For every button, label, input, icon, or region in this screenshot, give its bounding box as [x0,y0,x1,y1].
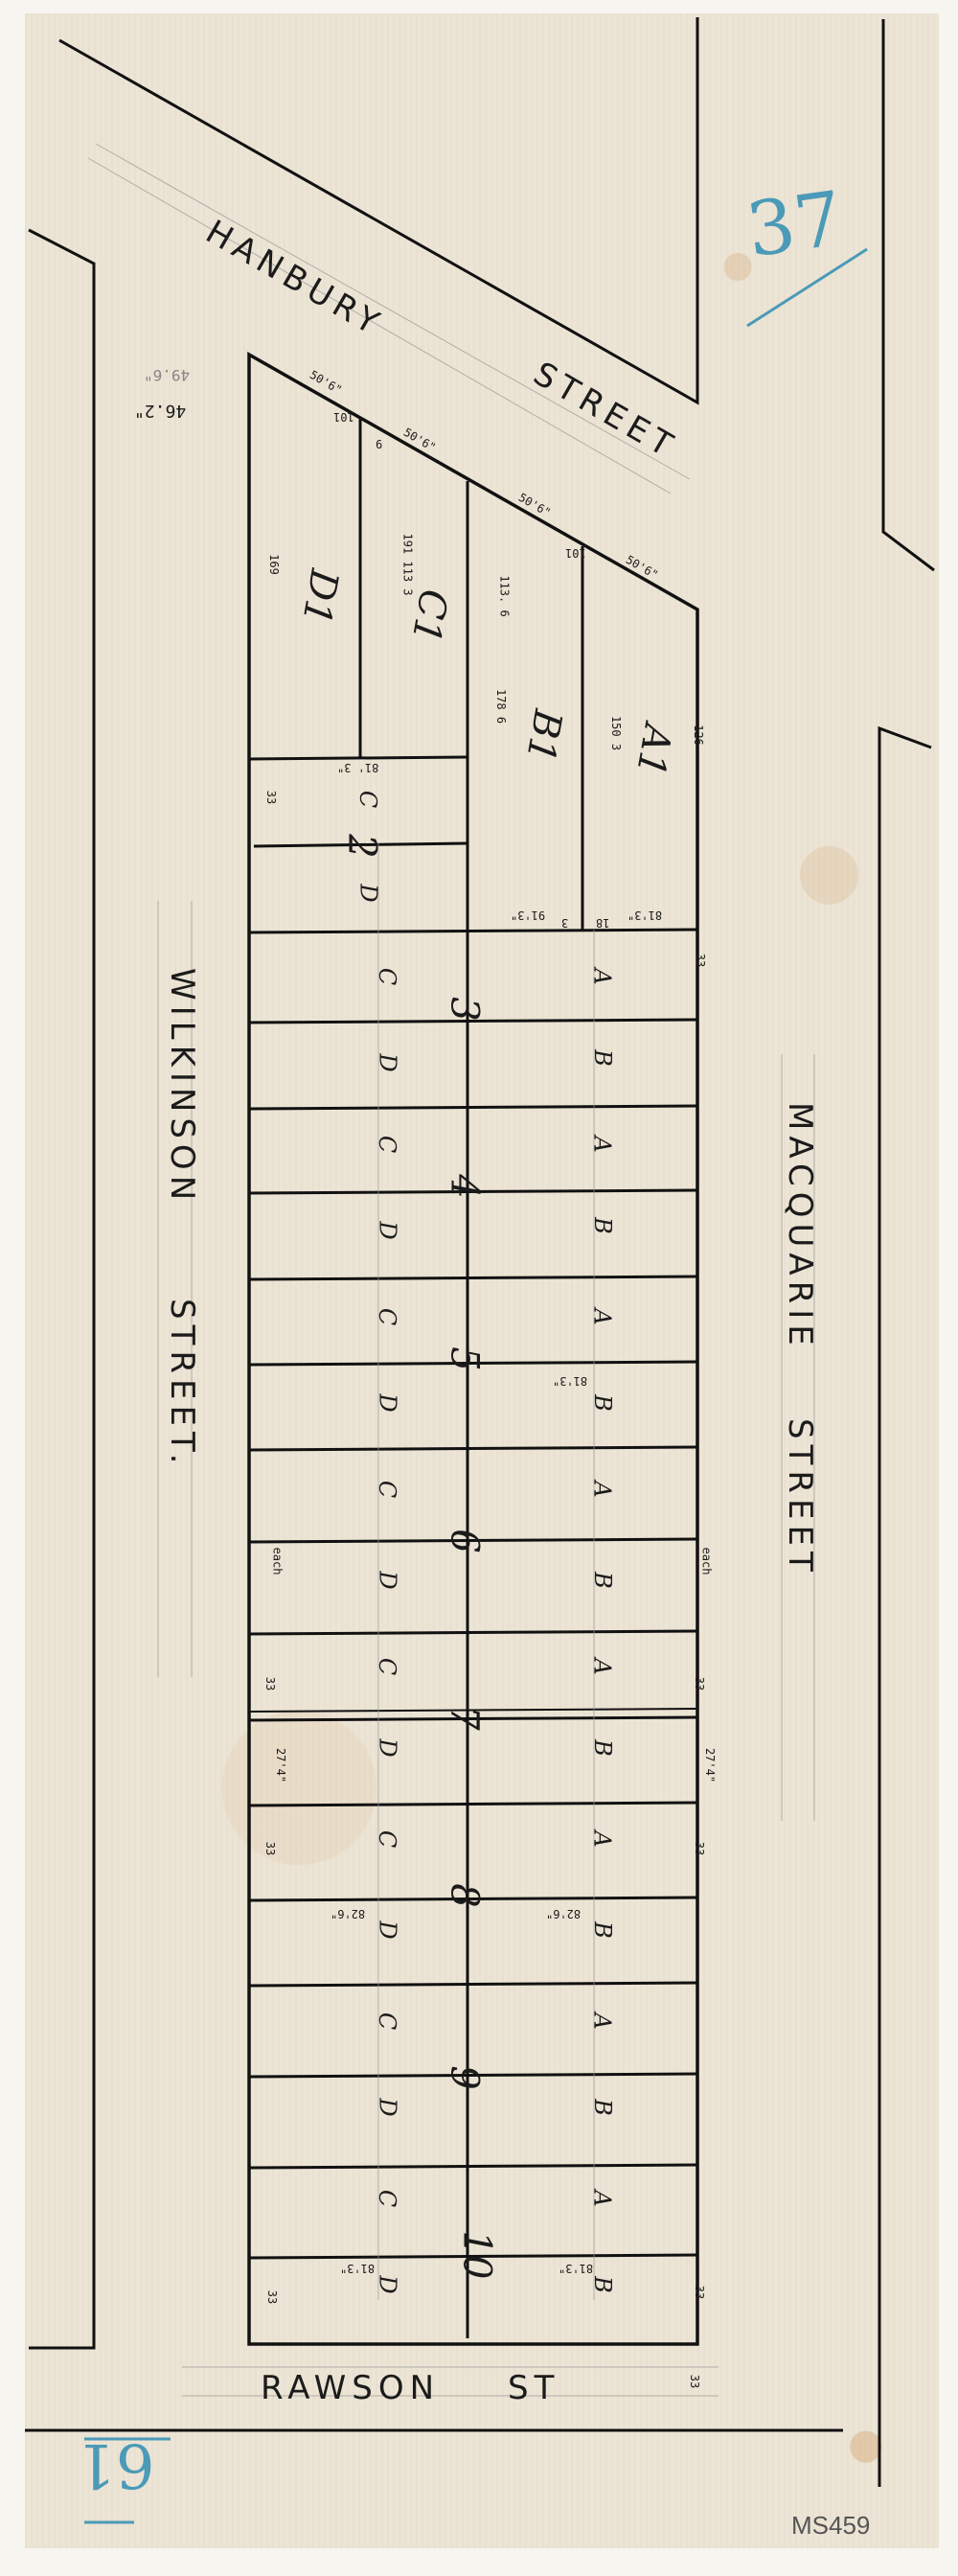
street-label-rawson: RAWSON [261,2369,440,2407]
row-left: D [375,1738,401,1757]
dim-right-33b: 33 [693,1842,706,1855]
row-left: C [374,1308,400,1325]
dim-right-each: each [699,1548,713,1575]
lot-number-3: 3 [443,997,487,1021]
dim-right-33: 33 [693,1677,706,1690]
row-right: B [589,1394,616,1412]
dim-c1-base: 81' 3" [337,761,378,774]
east-parcel-bottom [879,728,931,2487]
row-right: B [589,1217,616,1234]
dim-b1-base-b: 3 [561,916,568,930]
dim-row10-left: 81'3" [340,2262,375,2275]
lot-number-4: 4 [443,1174,487,1198]
lot-2d: D [355,884,382,902]
dim-c1-depth: 191 113 3 [401,533,415,595]
row-right: A [589,968,616,984]
row-left: D [375,1920,401,1939]
row-right: B [589,1921,616,1939]
lot-2c: C [354,791,381,808]
dim-corner-9: 9 [376,437,382,450]
street-label-macquarie-street: STREET [781,1418,819,1577]
row-left: C [374,968,400,985]
pencil-note-1: 49.6" [144,366,190,384]
lot-number-2: 2 [340,834,384,858]
dim-a1-base: 81'3" [627,908,662,922]
lot-number-7: 7 [443,1706,487,1730]
dim-left-33b: 33 [263,1842,277,1855]
lot-b1: B1 [517,706,570,766]
sheet-number-top: 37 [741,176,848,275]
rawson-width: 33 [688,2375,701,2388]
dim-row8-left: 82'6" [331,1907,365,1920]
row-left: D [375,1571,401,1589]
row-left: C [374,2012,400,2030]
row-right: A [589,1308,616,1324]
dim-bottom-right-33: 33 [693,2286,706,2299]
row-right: A [589,1481,616,1497]
row-left: D [375,1393,401,1412]
row-right: B [589,2276,616,2293]
dim-left-27: 27'4" [274,1748,287,1782]
row-right: A [589,1136,616,1152]
dim-b1-base: 91'3" [511,908,545,922]
sheet-number-bottom: 61 [77,2429,154,2500]
row-right: A [589,1658,616,1674]
dim-b1-depth-a: 113. 6 [498,575,512,616]
lot-a1: A1 [627,721,680,780]
row-left: D [375,1221,401,1239]
row-left: C [374,2190,400,2207]
row-left: C [374,1136,400,1153]
dim-right-27: 27'4" [703,1748,717,1782]
row-right: B [589,1049,616,1067]
street-label-wilkinson: WILKINSON [163,968,201,1206]
reference-code: MS459 [791,2511,870,2541]
dim-corner-101b: 101 [565,546,586,560]
row-right: A [589,2190,616,2206]
row-right: B [589,1739,616,1757]
dim-row10-right: 81'3" [559,2262,593,2275]
dim-bottom-left-33: 33 [265,2290,279,2304]
dim-a1-depth: 150 3 [609,716,623,750]
c1-base [249,757,468,759]
row-left: D [375,2275,401,2293]
dim-corner-101a: 101 [333,410,354,424]
row-left: C [374,1830,400,1848]
west-parcel [29,230,94,2348]
lot-number-9: 9 [443,2065,487,2089]
row-left: C [374,1658,400,1675]
dim-a1-right: 126 [692,724,705,746]
lot-number-8: 8 [443,1883,487,1907]
dim-right-33-top: 33 [694,954,707,967]
row-left: D [375,2098,401,2116]
row-right: B [589,2099,616,2116]
lot-number-10: 10 [454,2231,498,2280]
dim-b1-depth-b: 178 6 [494,689,508,724]
hanbury-north-boundary [59,17,697,402]
row-right: B [589,1572,616,1589]
dim-left-each: each [270,1548,284,1575]
row-right: A [589,2012,616,2029]
street-label-wilkinson-street: STREET. [163,1299,201,1469]
dim-d1-depth: 169 [267,554,281,575]
lot-d1: D1 [293,566,346,629]
dim-row5-right: 81'3" [553,1374,587,1388]
street-label-rawson-st: ST [508,2369,559,2407]
lot-number-5: 5 [443,1346,487,1370]
pencil-note-2: 46.2" [134,401,186,421]
row-right: A [589,1830,616,1847]
east-parcel-top [883,19,934,570]
row-left: D [375,1053,401,1071]
dim-lot2-width: 33 [264,791,278,804]
row-left: C [374,1481,400,1498]
street-label-macquarie: MACQUARIE [781,1102,819,1351]
dim-a1-base-a: 18 [596,916,609,930]
lot-number-6: 6 [443,1529,487,1552]
dim-left-33: 33 [263,1677,277,1690]
dim-row8-right: 82'6" [546,1907,581,1920]
